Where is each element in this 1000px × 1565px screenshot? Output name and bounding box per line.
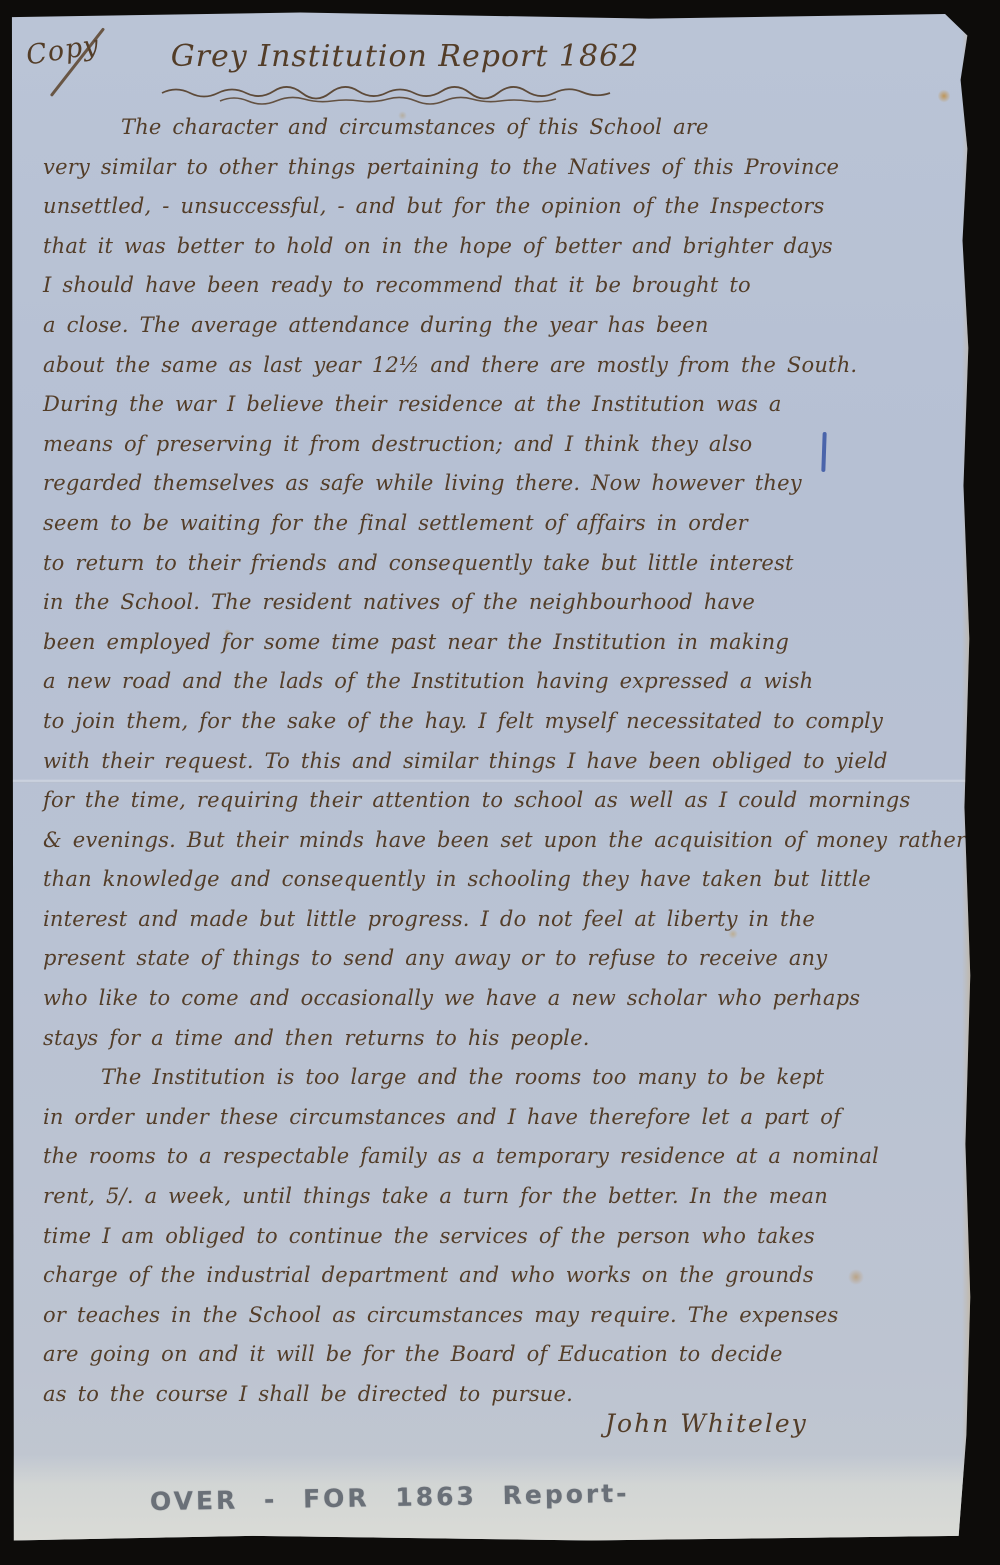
manuscript-content: Copy Grey Institution Report 1862 The ch… — [10, 11, 978, 1542]
body-line: are going on and it will be for the Boar… — [43, 1335, 948, 1375]
body-line: very similar to other things pertaining … — [43, 148, 948, 188]
body-line: a close. The average attendance during t… — [43, 306, 948, 346]
body-line: with their request. To this and similar … — [43, 742, 948, 782]
body-line: The character and circumstances of this … — [43, 108, 948, 148]
body-line: to return to their friends and consequen… — [43, 544, 948, 584]
body-line: been employed for some time past near th… — [43, 623, 948, 663]
body-line: to join them, for the sake of the hay. I… — [43, 702, 948, 742]
body-line: means of preserving it from destruction;… — [43, 425, 948, 465]
body-line: a new road and the lads of the Instituti… — [43, 662, 948, 702]
body-line: The Institution is too large and the roo… — [43, 1058, 948, 1098]
signature: John Whiteley — [605, 1409, 808, 1438]
body-line: or teaches in the School as circumstance… — [43, 1296, 948, 1336]
scanned-document-page: { "page": { "background_color": "#0d0c0a… — [0, 0, 1000, 1565]
archivist-pencil-note: OVER - FOR 1863 Report- — [150, 1479, 630, 1516]
body-line: interest and made but little progress. I… — [43, 900, 948, 940]
body-line: time I am obliged to continue the servic… — [43, 1217, 948, 1257]
body-line: & evenings. But their minds have been se… — [43, 821, 948, 861]
body-line: I should have been ready to recommend th… — [43, 266, 948, 306]
body-line: seem to be waiting for the final settlem… — [43, 504, 948, 544]
manuscript-paper: Copy Grey Institution Report 1862 The ch… — [10, 11, 978, 1542]
body-line: who like to come and occasionally we hav… — [43, 979, 948, 1019]
body-line: rent, 5/. a week, until things take a tu… — [43, 1177, 948, 1217]
page-title: Grey Institution Report 1862 — [105, 39, 705, 74]
copy-annotation: Copy — [24, 29, 101, 71]
body-line: the rooms to a respectable family as a t… — [43, 1137, 948, 1177]
body-line: about the same as last year 12½ and ther… — [43, 346, 948, 386]
body-line: for the time, requiring their attention … — [43, 781, 948, 821]
body-line: unsettled, - unsuccessful, - and but for… — [43, 187, 948, 227]
body-line: that it was better to hold on in the hop… — [43, 227, 948, 267]
body-line: charge of the industrial department and … — [43, 1256, 948, 1296]
body-line: as to the course I shall be directed to … — [43, 1375, 948, 1415]
body-line: in the School. The resident natives of t… — [43, 583, 948, 623]
body-line: in order under these circumstances and I… — [43, 1098, 948, 1138]
body-line: stays for a time and then returns to his… — [43, 1019, 948, 1059]
body-line: than knowledge and consequently in schoo… — [43, 860, 948, 900]
body-line: present state of things to send any away… — [43, 939, 948, 979]
body-text: The character and circumstances of this … — [43, 108, 948, 1415]
body-line: During the war I believe their residence… — [43, 385, 948, 425]
body-line: regarded themselves as safe while living… — [43, 464, 948, 504]
